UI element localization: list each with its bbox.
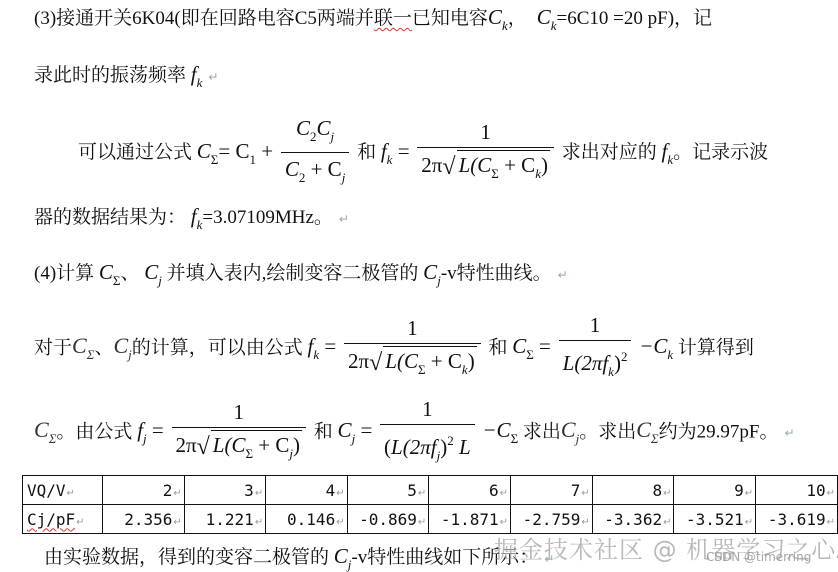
text: 和 <box>357 142 376 163</box>
text: (3)接通开关6K04(即在回路电容C5两端并 <box>34 8 374 29</box>
math-c-sigma: CΣ <box>636 417 658 442</box>
formula-line: 可以通过公式 CΣ= C1 + C2Cj C2 + Cj 和 fk = 1 2π… <box>78 115 768 192</box>
para4-line: (4)计算 CΣ、 Cj 并填入表内,绘制变容二极管的 Cj-v特性曲线。↵ <box>34 260 568 293</box>
math-c-sigma: CΣ <box>99 260 121 284</box>
fraction-fk: 1 2π√L(CΣ + Ck) <box>344 315 481 384</box>
spellcheck-underlined-text[interactable]: 联一 <box>374 8 412 29</box>
fk-value: =3.07109MHz。 <box>202 207 333 228</box>
math-fk: fk <box>191 204 203 228</box>
table-cell: 4↵ <box>266 476 347 505</box>
table-cell: 2↵ <box>103 476 184 505</box>
math-cj: Cj <box>113 333 131 358</box>
fraction-cj: 1 (L(2πfj)2 L <box>380 396 475 470</box>
math-fk: fk <box>662 139 674 163</box>
text: 计算得到 <box>678 337 754 358</box>
paragraph-mark-icon: ↵ <box>208 70 218 84</box>
watermark-csdn: CSDN @timerring <box>706 550 811 564</box>
math-c-sigma: CΣ <box>34 417 56 442</box>
cj-v-data-table: VQ/V↵ 2↵ 3↵ 4↵ 5↵ 6↵ 7↵ 8↵ 9↵ 10↵ Cj/pF↵… <box>22 475 838 534</box>
paragraph-mark-icon: ↵ <box>558 268 568 282</box>
cj-line: CΣ。由公式 fj = 1 2π√L(CΣ + Cj) 和 Cj = 1 (L(… <box>34 396 795 470</box>
text: 和 <box>314 421 333 442</box>
table-row-vq: VQ/V↵ 2↵ 3↵ 4↵ 5↵ 6↵ 7↵ 8↵ 9↵ 10↵ <box>23 476 838 505</box>
math-fk: fk <box>191 62 203 86</box>
c-sigma-value: 约为29.97pF。 <box>659 421 779 442</box>
table-cell: 0.146↵ <box>266 505 347 534</box>
fraction-fj: 1 2π√L(CΣ + Cj) <box>172 399 307 468</box>
text: 并填入表内,绘制变容二极管的 <box>167 263 419 284</box>
math-c-sigma-formula: CΣ = <box>512 334 551 358</box>
fraction-c-sigma: 1 L(2πfk)2 <box>559 312 632 386</box>
text: 。由公式 <box>56 421 132 442</box>
math-minus-ck: −Ck <box>639 334 673 358</box>
fraction-c2cj: C2Cj C2 + Cj <box>281 115 350 192</box>
text: 对于 <box>34 337 72 358</box>
text: -v特性曲线。 <box>441 263 552 284</box>
text: 已知电容 <box>412 8 488 29</box>
table-cell: 1.221↵ <box>184 505 265 534</box>
text: 录此时的振荡频率 <box>34 65 186 86</box>
row-header: Cj/pF↵ <box>23 505 103 534</box>
table-cell: 8↵ <box>592 476 674 505</box>
math-fj: fj = <box>137 418 164 442</box>
closing-line: 由实验数据，得到的变容二极管的 Cj-v特性曲线如下所示：↵ <box>44 544 554 572</box>
table-cell: 7↵ <box>511 476 593 505</box>
table-cell: 6↵ <box>429 476 511 505</box>
table-cell: 2.356↵ <box>103 505 184 534</box>
text: 求出对应的 <box>562 142 657 163</box>
calc-line: 对于CΣ、Cj的计算，可以由公式 fk = 1 2π√L(CΣ + Ck) 和 … <box>34 312 754 386</box>
table-cell: 5↵ <box>347 476 429 505</box>
text: 和 <box>488 337 507 358</box>
math-fk: fk = <box>308 334 337 358</box>
paragraph-mark-icon: ↵ <box>784 426 794 440</box>
math-cj-formula: Cj = <box>338 418 373 442</box>
text: 由实验数据，得到的变容二极管的 <box>44 547 329 568</box>
math-cj: Cj <box>144 260 162 284</box>
table-cell: 9↵ <box>674 476 756 505</box>
text: 。记录示波 <box>673 142 768 163</box>
text: 。求出 <box>579 421 636 442</box>
para3-line2: 录此时的振荡频率 fk↵ <box>34 62 218 95</box>
text: 求出 <box>523 421 561 442</box>
table-cell: -0.869↵ <box>347 505 429 534</box>
text: ， <box>508 8 527 29</box>
math-ck: Ck <box>488 5 508 29</box>
fraction-fk: 1 2π√L(CΣ + Ck) <box>417 119 554 188</box>
math-c-sigma-formula: CΣ= C1 + <box>197 139 273 163</box>
math-c-sigma: CΣ <box>72 333 94 358</box>
text: 器的数据结果为： <box>34 207 186 228</box>
text: (4)计算 <box>34 263 94 284</box>
text: 、 <box>121 263 140 284</box>
paragraph-mark-icon: ↵ <box>339 212 349 226</box>
para3-line1: (3)接通开关6K04(即在回路电容C5两端并联一已知电容Ck，Ck=6C10 … <box>34 5 712 38</box>
math-minus-c-sigma: −CΣ <box>482 418 518 442</box>
text: 、 <box>94 337 113 358</box>
math-cj: Cj <box>334 544 352 568</box>
math-cj: Cj <box>423 260 441 284</box>
table-cell: 3↵ <box>184 476 265 505</box>
math-ck: Ck <box>537 5 557 29</box>
text: =6C10 =20 pF)，记 <box>557 8 713 29</box>
math-fk: fk = <box>381 139 410 163</box>
result-line: 器的数据结果为： fk=3.07109MHz。↵ <box>34 204 349 237</box>
text: 可以通过公式 <box>78 142 192 163</box>
table-cell: 10↵ <box>756 476 838 505</box>
math-cj: Cj <box>561 417 579 442</box>
row-header: VQ/V↵ <box>23 476 103 505</box>
text: 的计算，可以由公式 <box>132 337 303 358</box>
